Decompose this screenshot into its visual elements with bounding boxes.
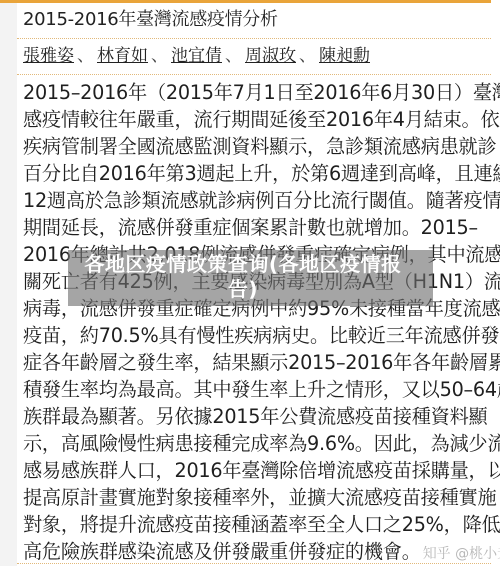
author-list: 張雅姿、林育如、池宜倩、周淑玫、陳昶勳 [23,44,370,68]
divider-bottom [17,563,491,564]
accent-top-bar [0,0,491,3]
author-link-2[interactable]: 林育如 [97,46,148,66]
article-title: 2015-2016年臺灣流感疫情分析 [23,7,278,33]
overlay-banner-text: 各地区疫情政策查询(各地区疫情报告) [78,252,408,302]
author-link-1[interactable]: 張雅姿 [23,46,74,66]
author-separator: 、 [74,46,97,66]
abstract-line: 感易感族群人口，2016年臺灣除倍增流感疫苗採購量，以 [23,457,493,484]
abstract-line: 2015–2016年（2015年7月1日至2016年6月30日）臺灣流 [23,79,493,106]
author-link-3[interactable]: 池宜倩 [171,46,222,66]
abstract-line: 感疫情較往年嚴重，流行期間延後至2016年4月結束。依據 [23,106,493,133]
abstract-line: 期間延長，流感併發重症個案累計數也就增加。2015– [23,214,493,241]
source-watermark: 知乎 @桃小夭 [423,546,500,562]
author-link-5[interactable]: 陳昶勳 [319,46,370,66]
divider-authors [17,74,491,75]
abstract-line: 對象，將提升流感疫苗接種涵蓋率至全人口之25%，降低 [23,511,493,538]
abstract-last-line: 高危險族群感染流感及併發嚴重併發症的機會。知乎 @桃小夭 [23,538,493,565]
abstract-line: 示，高風險慢性病患接種完成率為9.6%。因此，為減少流 [23,430,493,457]
article-page: 2015-2016年臺灣流感疫情分析 張雅姿、林育如、池宜倩、周淑玫、陳昶勳 2… [0,0,500,566]
author-separator: 、 [296,46,319,66]
abstract-line: 12週高於急診類流感就診病例百分比流行閾值。隨著疫情 [23,187,493,214]
article-abstract: 2015–2016年（2015年7月1日至2016年6月30日）臺灣流 感疫情較… [23,79,493,565]
abstract-line: 族群最為顯著。另依據2015年公費流感疫苗接種資料顯 [23,403,493,430]
abstract-line: 百分比自2016年第3週起上升，於第6週達到高峰，且連續 [23,160,493,187]
left-margin-strip [0,0,17,566]
abstract-line: 症各年齡層之發生率，結果顯示2015–2016年各年齡層累 [23,349,493,376]
author-separator: 、 [148,46,171,66]
abstract-line: 積發生率均為最高。其中發生率上升之情形，又以50–64歲 [23,376,493,403]
abstract-line: 疾病管制署全國流感監測資料顯示，急診類流感病患就診 [23,133,493,160]
author-link-4[interactable]: 周淑玫 [245,46,296,66]
abstract-line-text: 高危險族群感染流感及併發嚴重併發症的機會。 [23,540,421,563]
abstract-line: 提高原計畫實施對象接種率外，並擴大流感疫苗接種實施 [23,484,493,511]
abstract-line: 疫苗，約70.5%具有慢性疾病病史。比較近三年流感併發重 [23,322,493,349]
author-separator: 、 [222,46,245,66]
divider-title [17,38,491,39]
